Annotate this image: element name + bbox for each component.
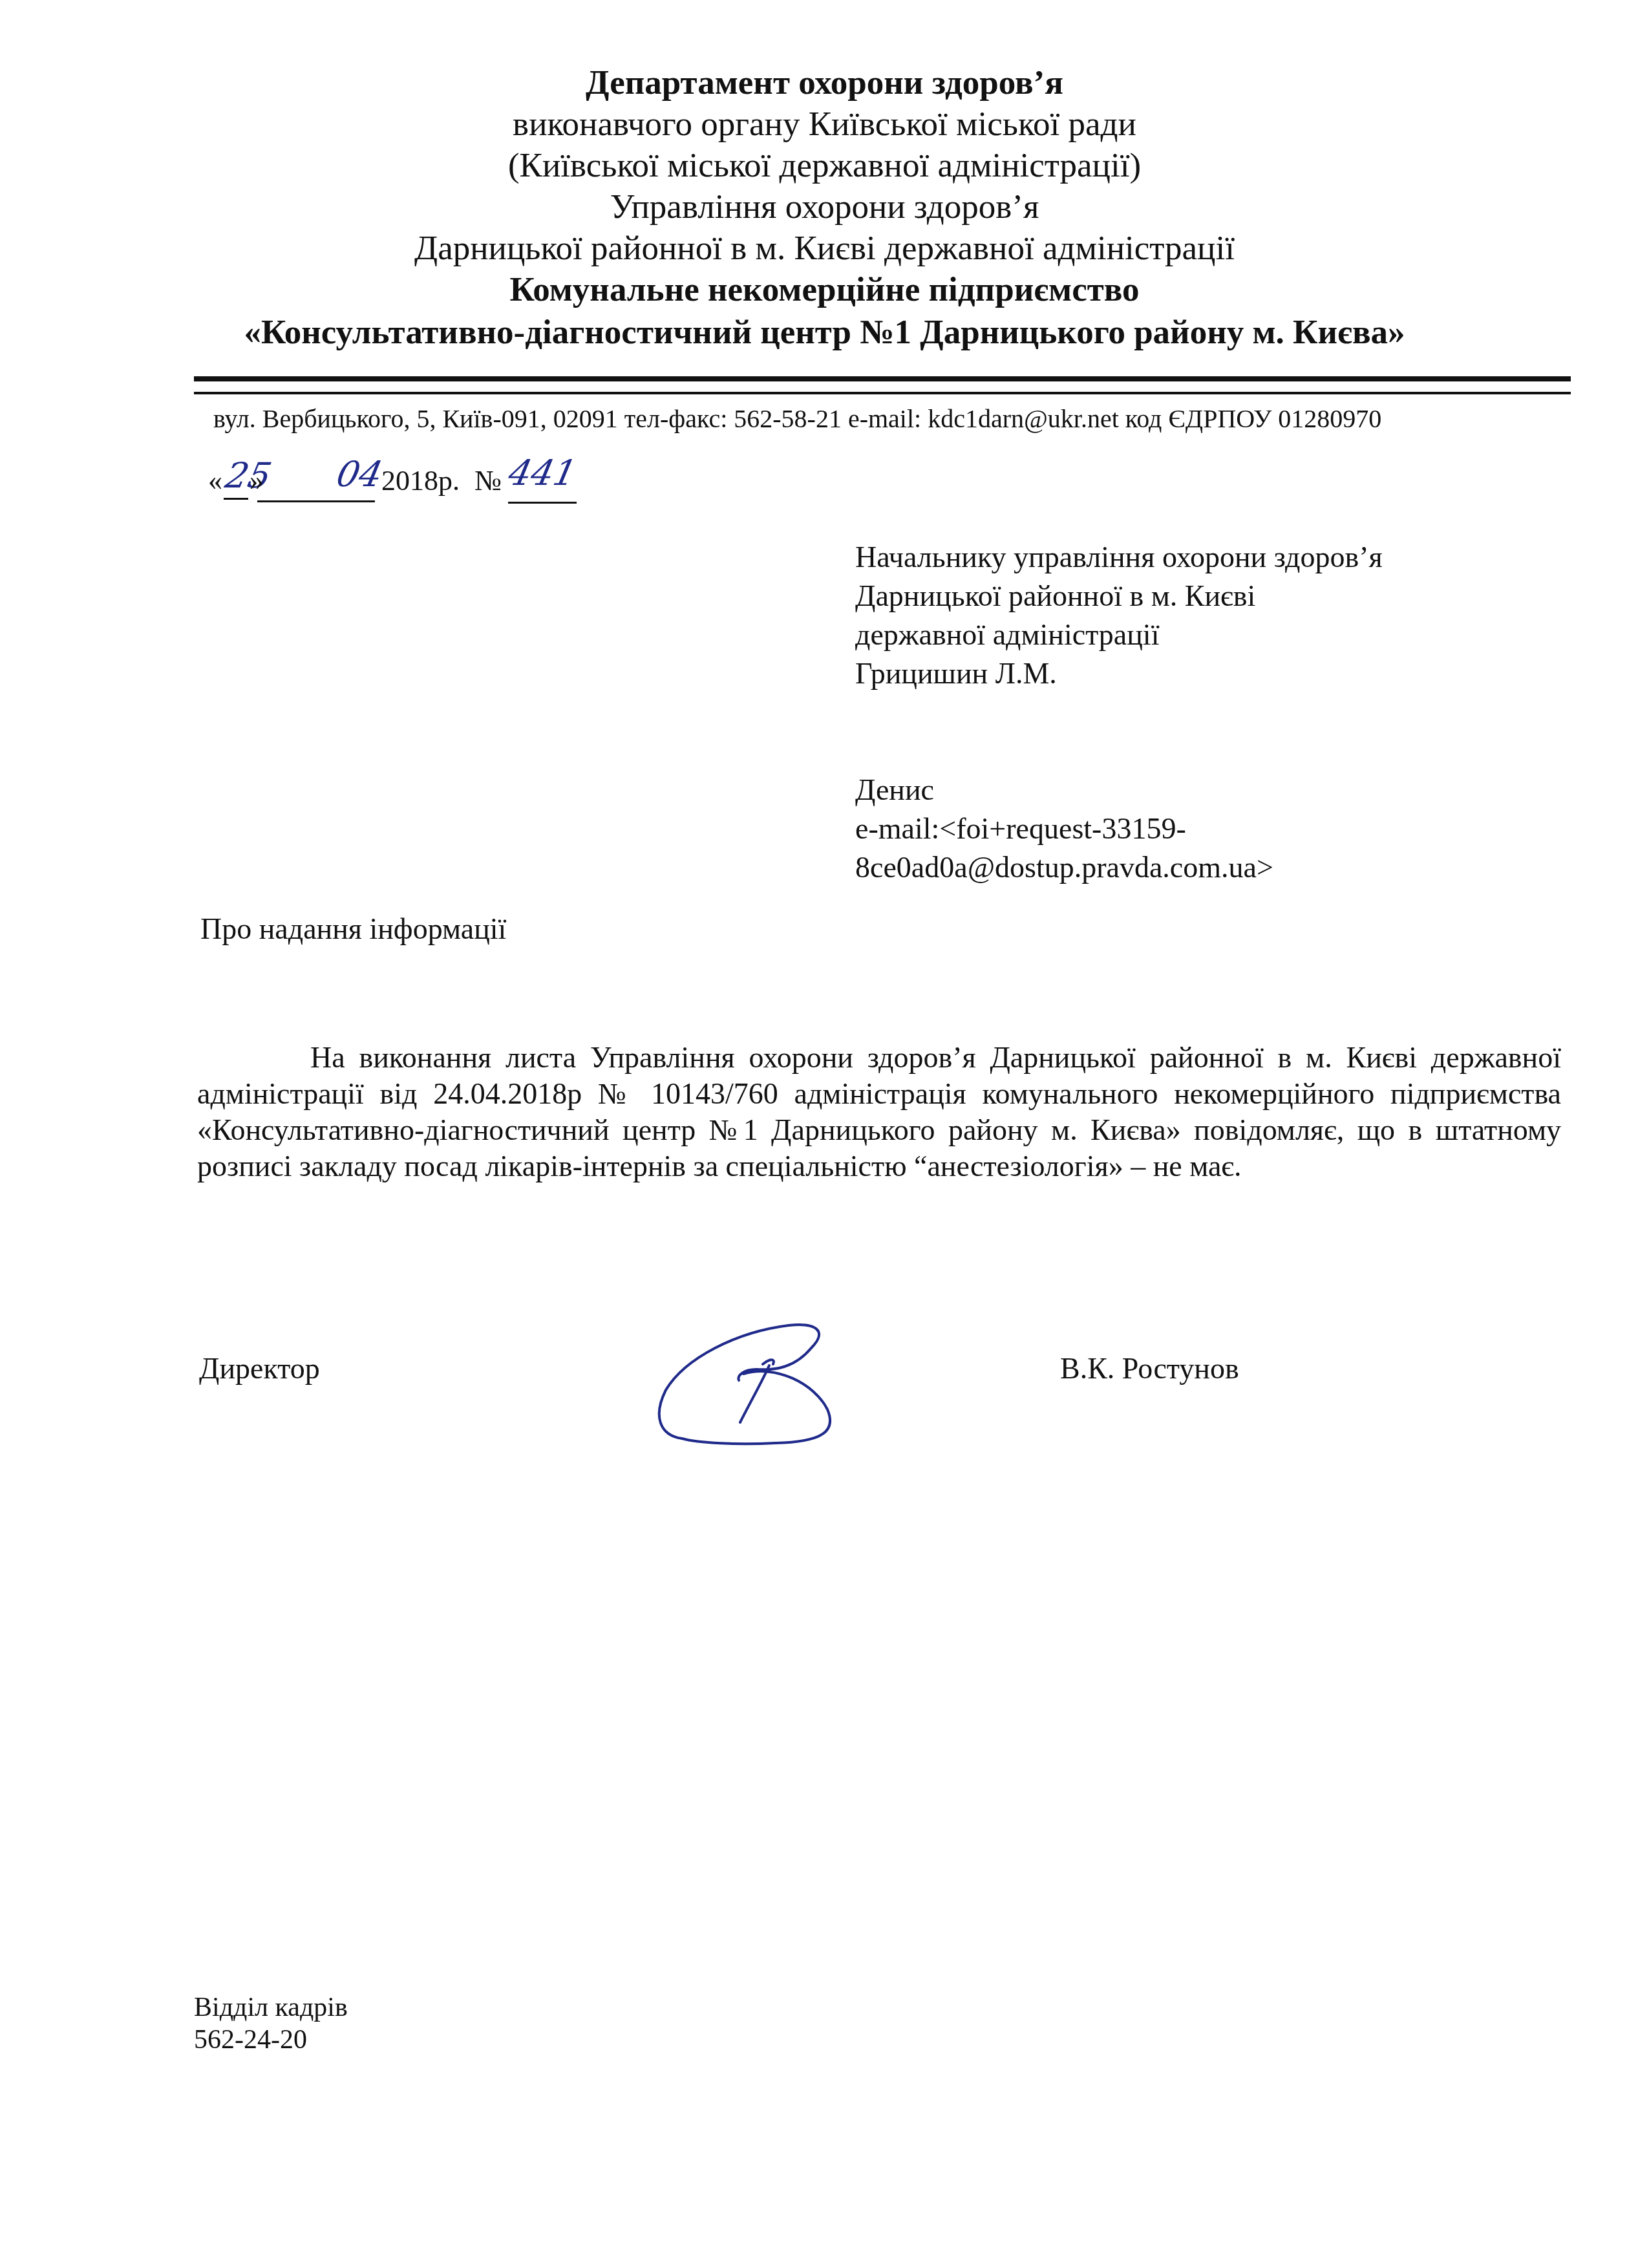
executor-footer: Відділ кадрів 562-24-20 bbox=[194, 1991, 348, 2056]
month-underline bbox=[257, 500, 375, 502]
letterhead-line: виконавчого органу Київської міської рад… bbox=[0, 103, 1649, 145]
recipient-line: державної адміністрації bbox=[855, 615, 1383, 654]
recipient-line: Грицишин Л.М. bbox=[855, 654, 1383, 693]
letterhead-line: (Київської міської державної адміністрац… bbox=[0, 145, 1649, 186]
letterhead-line: «Консультативно-діагностичний центр №1 Д… bbox=[0, 312, 1649, 353]
date-close-quote: » bbox=[250, 464, 264, 497]
registration-number-handwritten: 441 bbox=[505, 453, 580, 493]
organization-contacts: вул. Вербицького, 5, Київ-091, 02091 тел… bbox=[213, 403, 1381, 434]
letterhead-line: Управління охорони здоров’я bbox=[0, 186, 1649, 228]
executor-department: Відділ кадрів bbox=[194, 1991, 348, 2024]
requester-email-line: e-mail:<foi+request-33159- bbox=[855, 809, 1383, 848]
addressee-block: Начальнику управління охорони здоров’я Д… bbox=[855, 538, 1383, 887]
letterhead-line: Департамент охорони здоров’я bbox=[0, 62, 1649, 103]
number-sign: № bbox=[474, 464, 502, 497]
signatory-name: В.К. Ростунов bbox=[1060, 1351, 1239, 1385]
body-paragraph: На виконання листа Управління охорони зд… bbox=[197, 1040, 1561, 1184]
letterhead-divider-thin bbox=[194, 392, 1571, 394]
date-open-quote: « bbox=[208, 464, 222, 497]
requester-name: Денис bbox=[855, 771, 1383, 809]
letter-body: На виконання листа Управління охорони зд… bbox=[197, 1040, 1561, 1184]
recipient-line: Дарницької районної в м. Києві bbox=[855, 577, 1383, 615]
requester-email-line: 8ce0ad0a@dostup.pravda.com.ua> bbox=[855, 848, 1383, 887]
handwritten-signature-icon bbox=[646, 1319, 957, 1461]
day-underline bbox=[224, 498, 248, 500]
letterhead-line: Комунальне некомерційне підприємство bbox=[0, 269, 1649, 310]
date-month-handwritten: 04 bbox=[333, 454, 386, 495]
letter-subject: Про надання інформації bbox=[200, 912, 506, 946]
letterhead-line: Дарницької районної в м. Києві державної… bbox=[0, 228, 1649, 269]
number-underline bbox=[508, 502, 577, 504]
signatory-title: Директор bbox=[199, 1351, 320, 1385]
executor-phone: 562-24-20 bbox=[194, 2024, 348, 2056]
letterhead-divider-thick bbox=[194, 376, 1571, 381]
date-year: 2018р. bbox=[381, 464, 460, 497]
date-day-handwritten: 25 bbox=[222, 455, 275, 496]
recipient-line: Начальнику управління охорони здоров’я bbox=[855, 538, 1383, 577]
